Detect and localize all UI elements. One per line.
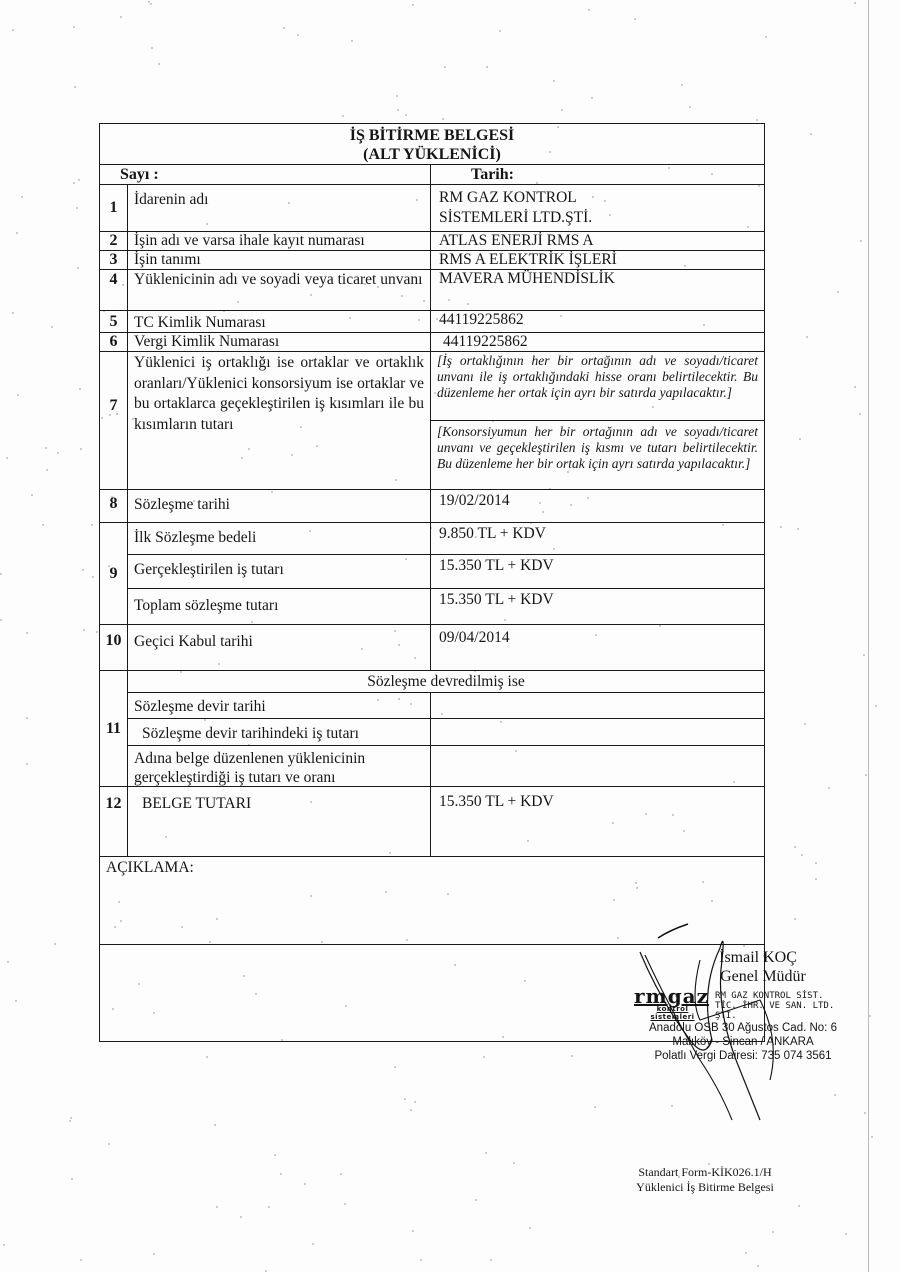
row-number: 5 [100, 311, 128, 332]
row-value: 44119225862 [431, 333, 764, 351]
form-title: İŞ BİTİRME BELGESİ (ALT YÜKLENİCİ) [100, 124, 764, 165]
row-value: 9.850 TL + KDV [431, 523, 764, 554]
row-value [431, 719, 764, 745]
row-value: 15.350 TL + KDV [431, 555, 764, 588]
row-label: Geçici Kabul tarihi [128, 625, 431, 670]
row-label: Yüklenicinin adı ve soyadi veya ticaret … [128, 270, 431, 310]
row-label: Gerçekleştirilen iş tutarı [128, 555, 431, 588]
table-row-belge-tutari: 12 BELGE TUTARI 15.350 TL + KDV [100, 787, 764, 857]
row-number: 10 [100, 625, 128, 670]
table-row: Sözleşme devir tarihi [128, 693, 764, 719]
row-label: BELGE TUTARI [128, 787, 431, 856]
table-row: 4 Yüklenicinin adı ve soyadi veya ticare… [100, 270, 764, 311]
form-name: Yüklenici İş Bitirme Belgesi [620, 1180, 790, 1195]
page-edge [868, 0, 869, 1272]
row-number: 4 [100, 270, 128, 310]
contract-transfer-group: 11 Sözleşme devredilmiş ise Sözleşme dev… [100, 671, 764, 787]
aciklama-label: AÇIKLAMA: [106, 859, 194, 876]
row-label: Sözleşme devir tarihindeki iş tutarı [128, 719, 431, 745]
table-row: Sözleşme devir tarihindeki iş tutarı [128, 719, 764, 746]
transfer-header: Sözleşme devredilmiş ise [128, 671, 764, 692]
row-number: 3 [100, 251, 128, 269]
title-line-2: (ALT YÜKLENİCİ) [100, 145, 764, 164]
table-row: Adına belge düzenlenen yüklenicinin gerç… [128, 746, 764, 786]
address-line-1: Anadolu OSB 30 Ağustos Cad. No: 6 [628, 1021, 858, 1035]
row-number: 2 [100, 232, 128, 250]
row-number: 7 [100, 352, 128, 489]
row-label: İdarenin adı [128, 185, 431, 231]
row-label: Sözleşme devir tarihi [128, 693, 431, 718]
row-value: RM GAZ KONTROL SİSTEMLERİ LTD.ŞTİ. [431, 185, 641, 231]
rmgaz-logo: rmgaz [634, 987, 709, 1005]
form-code: Standart Form-KİK026.1/H [620, 1165, 790, 1180]
row-number: 9 [100, 523, 128, 624]
row-value: MAVERA MÜHENDİSLİK [431, 270, 764, 310]
row-number: 1 [100, 185, 128, 231]
form-footer: Standart Form-KİK026.1/H Yüklenici İş Bi… [620, 1165, 790, 1195]
table-row: 3 İşin tanımı RMS A ELEKTRİK İŞLERİ [100, 251, 764, 270]
row-label: Adına belge düzenlenen yüklenicinin gerç… [128, 746, 431, 786]
joint-venture-note: [İş ortaklığının her bir ortağının adı v… [431, 352, 764, 420]
table-row: 2 İşin adı ve varsa ihale kayıt numarası… [100, 232, 764, 251]
row-value: ATLAS ENERJİ RMS A [431, 232, 764, 250]
row-label: İşin adı ve varsa ihale kayıt numarası [128, 232, 431, 250]
row-value: 19/02/2014 [431, 490, 764, 522]
company-stamp: İsmail KOÇ Genel Müdür rmgaz kontrol sis… [628, 948, 858, 1063]
transfer-header-row: Sözleşme devredilmiş ise [128, 671, 764, 693]
row-label: Sözleşme tarihi [128, 490, 431, 522]
row-value: 09/04/2014 [431, 625, 764, 670]
sayi-label: Sayı : [100, 165, 431, 184]
aciklama-section: AÇIKLAMA: [100, 857, 764, 945]
logo-subtitle: kontrol sistemleri [634, 1005, 711, 1021]
table-row: 5 TC Kimlik Numarası 44119225862 [100, 311, 764, 333]
company-name-line-1: RM GAZ KONTROL SİST. [715, 991, 858, 1001]
address-line-2: Malıköy - Sincan / ANKARA [628, 1035, 858, 1049]
completion-certificate-form: İŞ BİTİRME BELGESİ (ALT YÜKLENİCİ) Sayı … [99, 123, 765, 1042]
row-value [431, 693, 764, 718]
table-row: 10 Geçici Kabul tarihi 09/04/2014 [100, 625, 764, 671]
row-value: 15.350 TL + KDV [431, 787, 764, 856]
row-number: 6 [100, 333, 128, 351]
table-row: 6 Vergi Kimlik Numarası 44119225862 [100, 333, 764, 352]
table-row: İlk Sözleşme bedeli 9.850 TL + KDV [128, 523, 764, 555]
partners-notes: [İş ortaklığının her bir ortağının adı v… [431, 352, 764, 489]
sayi-tarih-row: Sayı : Tarih: [100, 165, 764, 185]
row-label: İlk Sözleşme bedeli [128, 523, 431, 554]
row-number: 8 [100, 490, 128, 522]
row-label: Toplam sözleşme tutarı [128, 589, 431, 624]
row-value: RMS A ELEKTRİK İŞLERİ [431, 251, 764, 269]
table-row: 8 Sözleşme tarihi 19/02/2014 [100, 490, 764, 523]
table-row: Toplam sözleşme tutarı 15.350 TL + KDV [128, 589, 764, 624]
signatory-name: İsmail KOÇ [658, 948, 858, 967]
partners-label-text: Yüklenici iş ortaklığı ise ortaklar ve o… [134, 353, 424, 435]
row-label: Vergi Kimlik Numarası [128, 333, 431, 351]
row-label: İşin tanımı [128, 251, 431, 269]
tax-office: Polatlı Vergi Dairesi: 735 074 3561 [628, 1049, 858, 1063]
row-value [431, 746, 764, 786]
row-number: 11 [100, 671, 128, 786]
company-name-line-2: TİC. İHR. VE SAN. LTD. ŞTİ. [715, 1001, 858, 1021]
title-line-1: İŞ BİTİRME BELGESİ [100, 126, 764, 145]
row-label: TC Kimlik Numarası [128, 311, 431, 332]
contract-amounts-group: 9 İlk Sözleşme bedeli 9.850 TL + KDV Ger… [100, 523, 764, 625]
row-value: 15.350 TL + KDV [431, 589, 764, 624]
company-logo-line: rmgaz kontrol sistemleri RM GAZ KONTROL … [634, 987, 858, 1021]
row-number: 12 [100, 787, 128, 856]
consortium-note: [Konsorsiyumun her bir ortağının adı ve … [431, 420, 764, 473]
table-row: Gerçekleştirilen iş tutarı 15.350 TL + K… [128, 555, 764, 589]
table-row-partners: 7 Yüklenici iş ortaklığı ise ortaklar ve… [100, 352, 764, 490]
table-row: 1 İdarenin adı RM GAZ KONTROL SİSTEMLERİ… [100, 185, 764, 232]
row-label: Yüklenici iş ortaklığı ise ortaklar ve o… [128, 352, 431, 489]
tarih-label: Tarih: [431, 165, 764, 184]
row-value: 44119225862 [431, 311, 764, 332]
